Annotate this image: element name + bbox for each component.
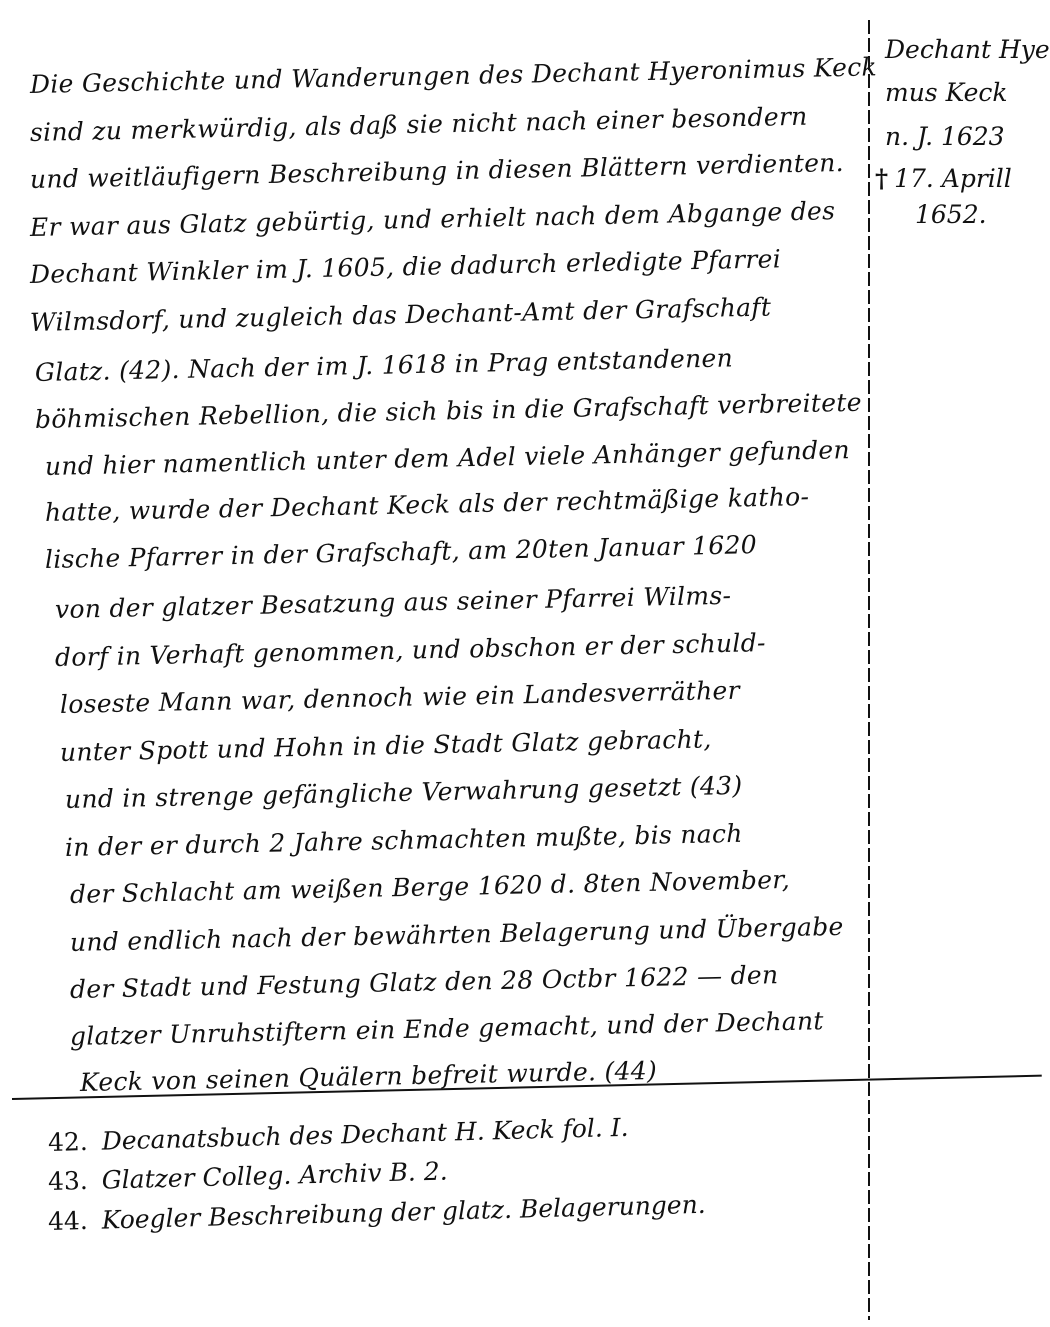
footnote-number: 43. [48, 1166, 89, 1196]
text-line: dorf in Verhaft genommen, und obschon er… [55, 628, 766, 672]
text-line: Wilmsdorf, und zugleich das Dechant-Amt … [30, 292, 772, 337]
footnote-text: Koegler Beschreibung der glatz. Belageru… [101, 1190, 706, 1235]
text-line: und weitläufigern Beschreibung in diesen… [30, 148, 844, 194]
text-line: böhmischen Rebellion, die sich bis in di… [35, 388, 862, 434]
text-line-part: der Schlacht am weißen Berge 1620 d. 8te… [70, 865, 791, 909]
text-line: der Stadt und Festung Glatz den 28 Octbr… [70, 960, 779, 1004]
text-line: Die Geschichte und Wanderungen des Decha… [30, 52, 878, 99]
text-line: hatte, wurde der Dechant Keck als der re… [45, 482, 810, 527]
text-line: und endlich nach der bewährten Belagerun… [70, 912, 844, 957]
text-line: unter Spott und Hohn in die Stadt Glatz … [60, 724, 712, 767]
death-cross-icon: † [875, 164, 888, 193]
text-line: von der glatzer Besatzung aus seiner Pfa… [55, 581, 732, 624]
margin-note-line: 1652. [915, 200, 987, 229]
death-date: 17. Aprill [894, 164, 1012, 193]
margin-note-line: n. J. 1623 [885, 122, 1005, 151]
text-line: und in strenge gefängliche Verwahrung ge… [65, 771, 743, 814]
footnote: 42.Decanatsbuch des Dechant H. Keck fol.… [48, 1113, 629, 1157]
text-line: der Schlacht am weißen Berge 1620 d. 8te… [70, 865, 791, 909]
footnote-number: 44. [48, 1206, 89, 1236]
footnote-text: Decanatsbuch des Dechant H. Keck fol. I. [101, 1113, 628, 1156]
footnote-number: 42. [48, 1127, 89, 1157]
text-line: sind zu merkwürdig, als daß sie nicht na… [30, 102, 808, 147]
margin-note-line: mus Keck [885, 78, 1008, 107]
manuscript-page: Die Geschichte und Wanderungen des Decha… [0, 0, 1050, 1327]
margin-divider [868, 20, 870, 1320]
margin-note-line: Dechant Hyeroni- [885, 35, 1050, 64]
text-line: Er war aus Glatz gebürtig, und erhielt n… [30, 196, 836, 242]
text-line: glatzer Unruhstiftern ein Ende gemacht, … [70, 1006, 824, 1051]
text-line: und hier namentlich unter dem Adel viele… [45, 435, 850, 481]
text-line: Dechant Winkler im J. 1605, die dadurch … [30, 244, 782, 289]
text-line: Glatz. (42). Nach der im J. 1618 in Prag… [35, 343, 734, 387]
footnote: 43.Glatzer Colleg. Archiv B. 2. [48, 1157, 448, 1196]
footnote-text: Glatzer Colleg. Archiv B. 2. [101, 1157, 448, 1195]
text-line: loseste Mann war, dennoch wie ein Landes… [60, 676, 740, 719]
footnote: 44.Koegler Beschreibung der glatz. Belag… [48, 1190, 706, 1236]
margin-note-line: †17. Aprill [875, 164, 1012, 193]
text-line: in der er durch 2 Jahre schmachten mußte… [65, 819, 743, 862]
text-line: lische Pfarrer in der Grafschaft, am 20t… [45, 530, 758, 574]
